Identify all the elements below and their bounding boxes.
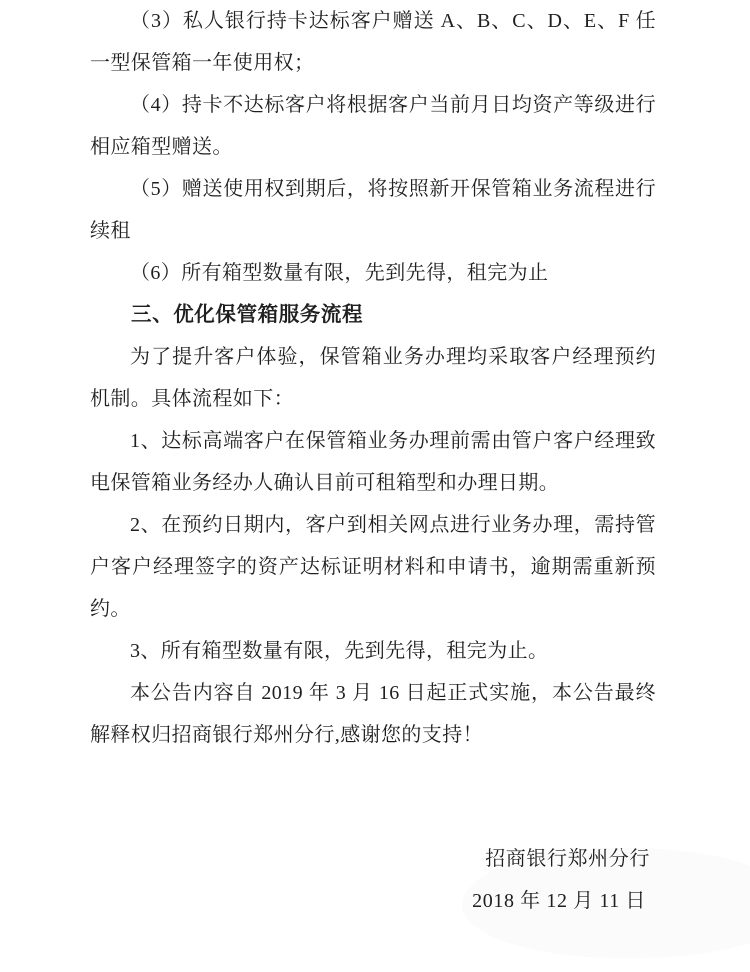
signature: 招商银行郑州分行 (90, 838, 656, 880)
section-heading-three: 三、优化保管箱服务流程 (90, 294, 656, 336)
paragraph-step-3: 3、所有箱型数量有限，先到先得，租完为止。 (90, 630, 656, 672)
paragraph-intro-process: 为了提升客户体验，保管箱业务办理均采取客户经理预约机制。具体流程如下： (90, 336, 656, 420)
date-line: 2018 年 12 月 11 日 (90, 880, 656, 922)
document-page: { "page": { "background_color": "#ffffff… (0, 0, 750, 972)
announcement-body: （3）私人银行持卡达标客户赠送 A、B、C、D、E、F 任一型保管箱一年使用权；… (90, 0, 656, 922)
paragraph-item-6: （6）所有箱型数量有限，先到先得，租完为止 (90, 252, 656, 294)
paragraph-step-1: 1、达标高端客户在保管箱业务办理前需由管户客户经理致电保管箱业务经办人确认目前可… (90, 420, 656, 504)
paragraph-item-5: （5）赠送使用权到期后，将按照新开保管箱业务流程进行续租 (90, 168, 656, 252)
paragraph-closing: 本公告内容自 2019 年 3 月 16 日起正式实施，本公告最终解释权归招商银… (90, 672, 656, 756)
paragraph-item-3: （3）私人银行持卡达标客户赠送 A、B、C、D、E、F 任一型保管箱一年使用权； (90, 0, 656, 84)
paragraph-item-4: （4）持卡不达标客户将根据客户当前月日均资产等级进行相应箱型赠送。 (90, 84, 656, 168)
paragraph-step-2: 2、在预约日期内，客户到相关网点进行业务办理，需持管户客户经理签字的资产达标证明… (90, 504, 656, 630)
